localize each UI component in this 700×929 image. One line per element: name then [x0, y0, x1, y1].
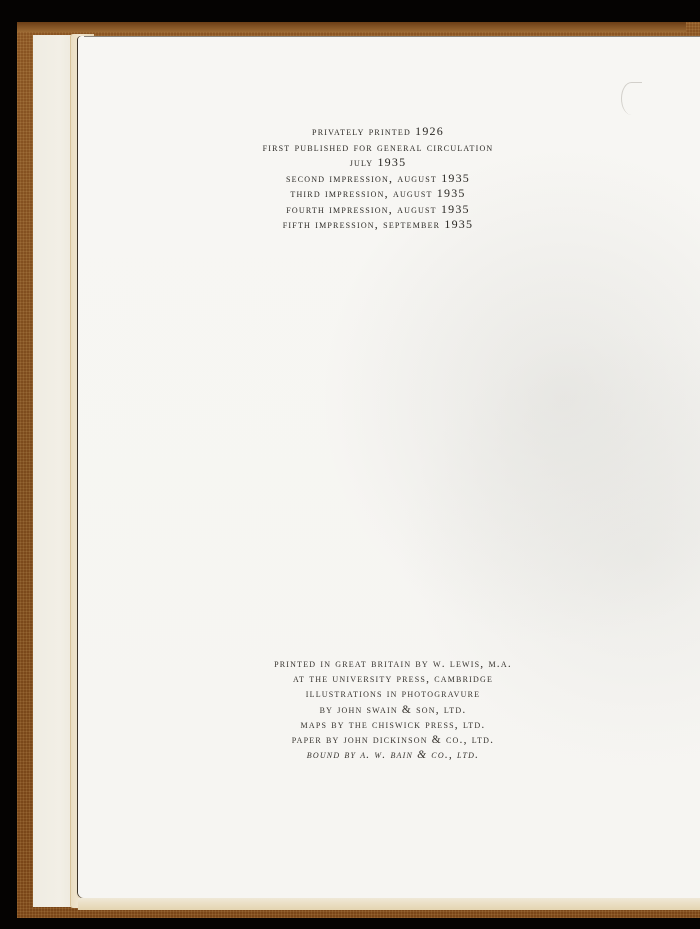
pencil-mark-icon — [621, 82, 642, 115]
imprint-page: PRIVATELY PRINTED 1926 FIRST PUBLISHED F… — [78, 36, 700, 898]
history-line: SECOND IMPRESSION, AUGUST 1935 — [56, 171, 700, 187]
credit-line: ILLUSTRATIONS IN PHOTOGRAVURE — [86, 687, 700, 702]
credit-line: PAPER BY JOHN DICKINSON & CO., LTD. — [86, 733, 700, 748]
history-line: PRIVATELY PRINTED 1926 — [56, 124, 700, 140]
credit-line: AT THE UNIVERSITY PRESS, CAMBRIDGE — [86, 672, 700, 687]
publication-history: PRIVATELY PRINTED 1926 FIRST PUBLISHED F… — [56, 124, 700, 233]
credit-line-binder: BOUND BY A. W. BAIN & CO., LTD. — [86, 748, 700, 763]
printer-credits: PRINTED IN GREAT BRITAIN BY W. LEWIS, M.… — [86, 657, 700, 763]
page-top-edge-line — [84, 36, 700, 37]
history-line: FIRST PUBLISHED FOR GENERAL CIRCULATION — [56, 140, 700, 156]
credit-line: BY JOHN SWAIN & SON, LTD. — [86, 703, 700, 718]
history-line: JULY 1935 — [56, 155, 700, 171]
credit-line: MAPS BY THE CHISWICK PRESS, LTD. — [86, 718, 700, 733]
history-line: THIRD IMPRESSION, AUGUST 1935 — [56, 186, 700, 202]
photo-background: PRIVATELY PRINTED 1926 FIRST PUBLISHED F… — [0, 0, 700, 929]
page-bottom-edge — [78, 898, 700, 910]
credit-line: PRINTED IN GREAT BRITAIN BY W. LEWIS, M.… — [86, 657, 700, 672]
history-line: FOURTH IMPRESSION, AUGUST 1935 — [56, 202, 700, 218]
history-line: FIFTH IMPRESSION, SEPTEMBER 1935 — [56, 217, 700, 233]
cover-top-edge — [17, 22, 686, 32]
